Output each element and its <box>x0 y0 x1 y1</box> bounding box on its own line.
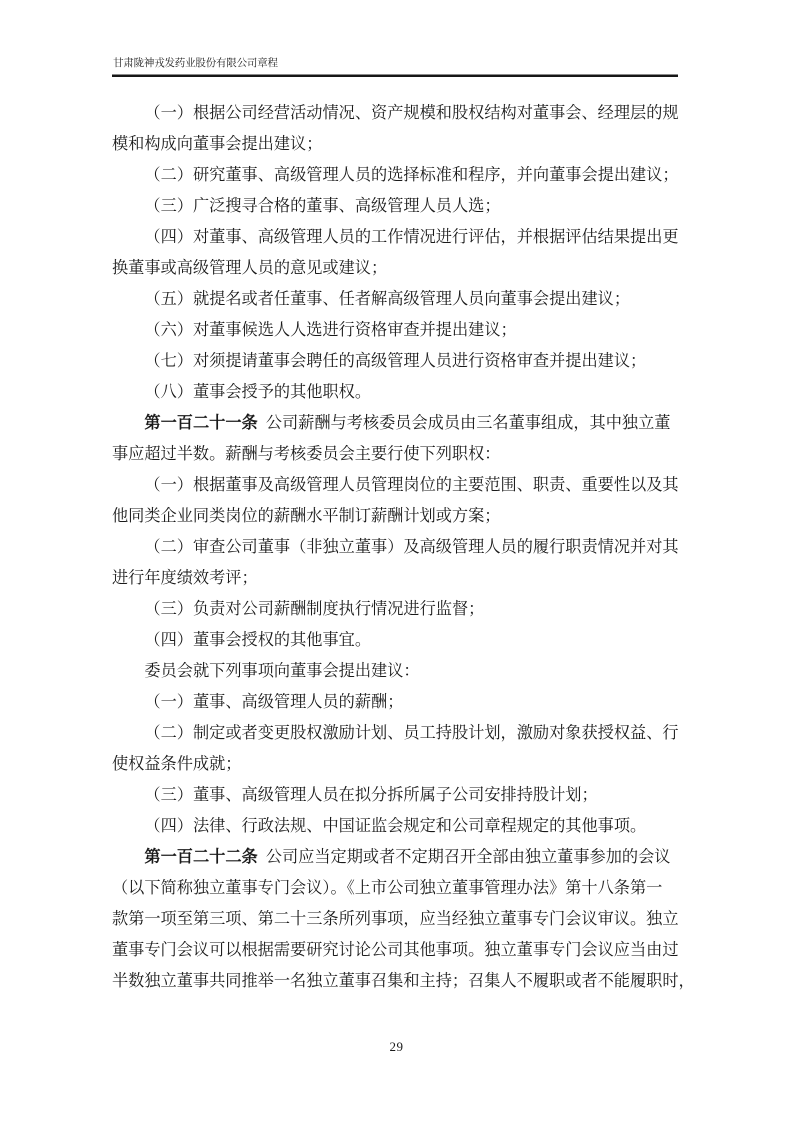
text-line: （三）广泛搜寻合格的董事、高级管理人员人选； <box>112 191 712 222</box>
text-line: （四）对董事、高级管理人员的工作情况进行评估，并根据评估结果提出更 <box>112 222 712 253</box>
page-number: 29 <box>390 1039 404 1054</box>
text-line: 他同类企业同类岗位的薪酬水平制订薪酬计划或方案； <box>112 501 712 532</box>
text-line: 事应超过半数。薪酬与考核委员会主要行使下列职权： <box>112 439 712 470</box>
text-line: 委员会就下列事项向董事会提出建议： <box>112 656 712 687</box>
text-line: （二）审查公司董事（非独立董事）及高级管理人员的履行职责情况并对其 <box>112 532 712 563</box>
page-footer: 29 <box>0 1038 793 1056</box>
text-line: 款第一项至第三项、第二十三条所列事项，应当经独立董事专门会议审议。独立 <box>112 904 712 935</box>
text-line: （以下简称独立董事专门会议）。《上市公司独立董事管理办法》第十八条第一 <box>112 873 712 904</box>
text-line: （五）就提名或者任董事、任者解高级管理人员向董事会提出建议； <box>112 284 712 315</box>
text-line: 第一百二十一条 公司薪酬与考核委员会成员由三名董事组成，其中独立董 <box>112 408 712 439</box>
text-line: （七）对须提请董事会聘任的高级管理人员进行资格审查并提出建议； <box>112 346 712 377</box>
text-line: （二）制定或者变更股权激励计划、员工持股计划，激励对象获授权益、行 <box>112 718 712 749</box>
document-page: 甘肃陇神戎发药业股份有限公司章程 （一）根据公司经营活动情况、资产规模和股权结构… <box>0 0 793 1122</box>
text-line: （六）对董事候选人人选进行资格审查并提出建议； <box>112 315 712 346</box>
text-line: （四）法律、行政法规、中国证监会规定和公司章程规定的其他事项。 <box>112 811 712 842</box>
header-title: 甘肃陇神戎发药业股份有限公司章程 <box>113 57 278 71</box>
text-line: 模和构成向董事会提出建议； <box>112 129 712 160</box>
text-line: （一）根据董事及高级管理人员管理岗位的主要范围、职责、重要性以及其 <box>112 470 712 501</box>
text-line: （四）董事会授权的其他事宜。 <box>112 625 712 656</box>
text-line: 董事专门会议可以根据需要研究讨论公司其他事项。独立董事专门会议应当由过 <box>112 935 712 966</box>
article-number: 第一百二十一条 <box>144 414 257 432</box>
text-line: （一）董事、高级管理人员的薪酬； <box>112 687 712 718</box>
text-line: 第一百二十二条 公司应当定期或者不定期召开全部由独立董事参加的会议 <box>112 842 712 873</box>
text-line: 进行年度绩效考评； <box>112 563 712 594</box>
text-line: 半数独立董事共同推举一名独立董事召集和主持；召集人不履职或者不能履职时， <box>112 966 712 997</box>
text-line: （三）董事、高级管理人员在拟分拆所属子公司安排持股计划； <box>112 780 712 811</box>
document-body: （一）根据公司经营活动情况、资产规模和股权结构对董事会、经理层的规模和构成向董事… <box>112 98 712 997</box>
text-line: 使权益条件成就； <box>112 749 712 780</box>
text-line: （三）负责对公司薪酬制度执行情况进行监督； <box>112 594 712 625</box>
text-line: （一）根据公司经营活动情况、资产规模和股权结构对董事会、经理层的规 <box>112 98 712 129</box>
text-line: 换董事或高级管理人员的意见或建议； <box>112 253 712 284</box>
article-number: 第一百二十二条 <box>144 848 257 866</box>
text-line: （二）研究董事、高级管理人员的选择标准和程序，并向董事会提出建议； <box>112 160 712 191</box>
header-rule <box>112 74 678 77</box>
text-line: （八）董事会授予的其他职权。 <box>112 377 712 408</box>
